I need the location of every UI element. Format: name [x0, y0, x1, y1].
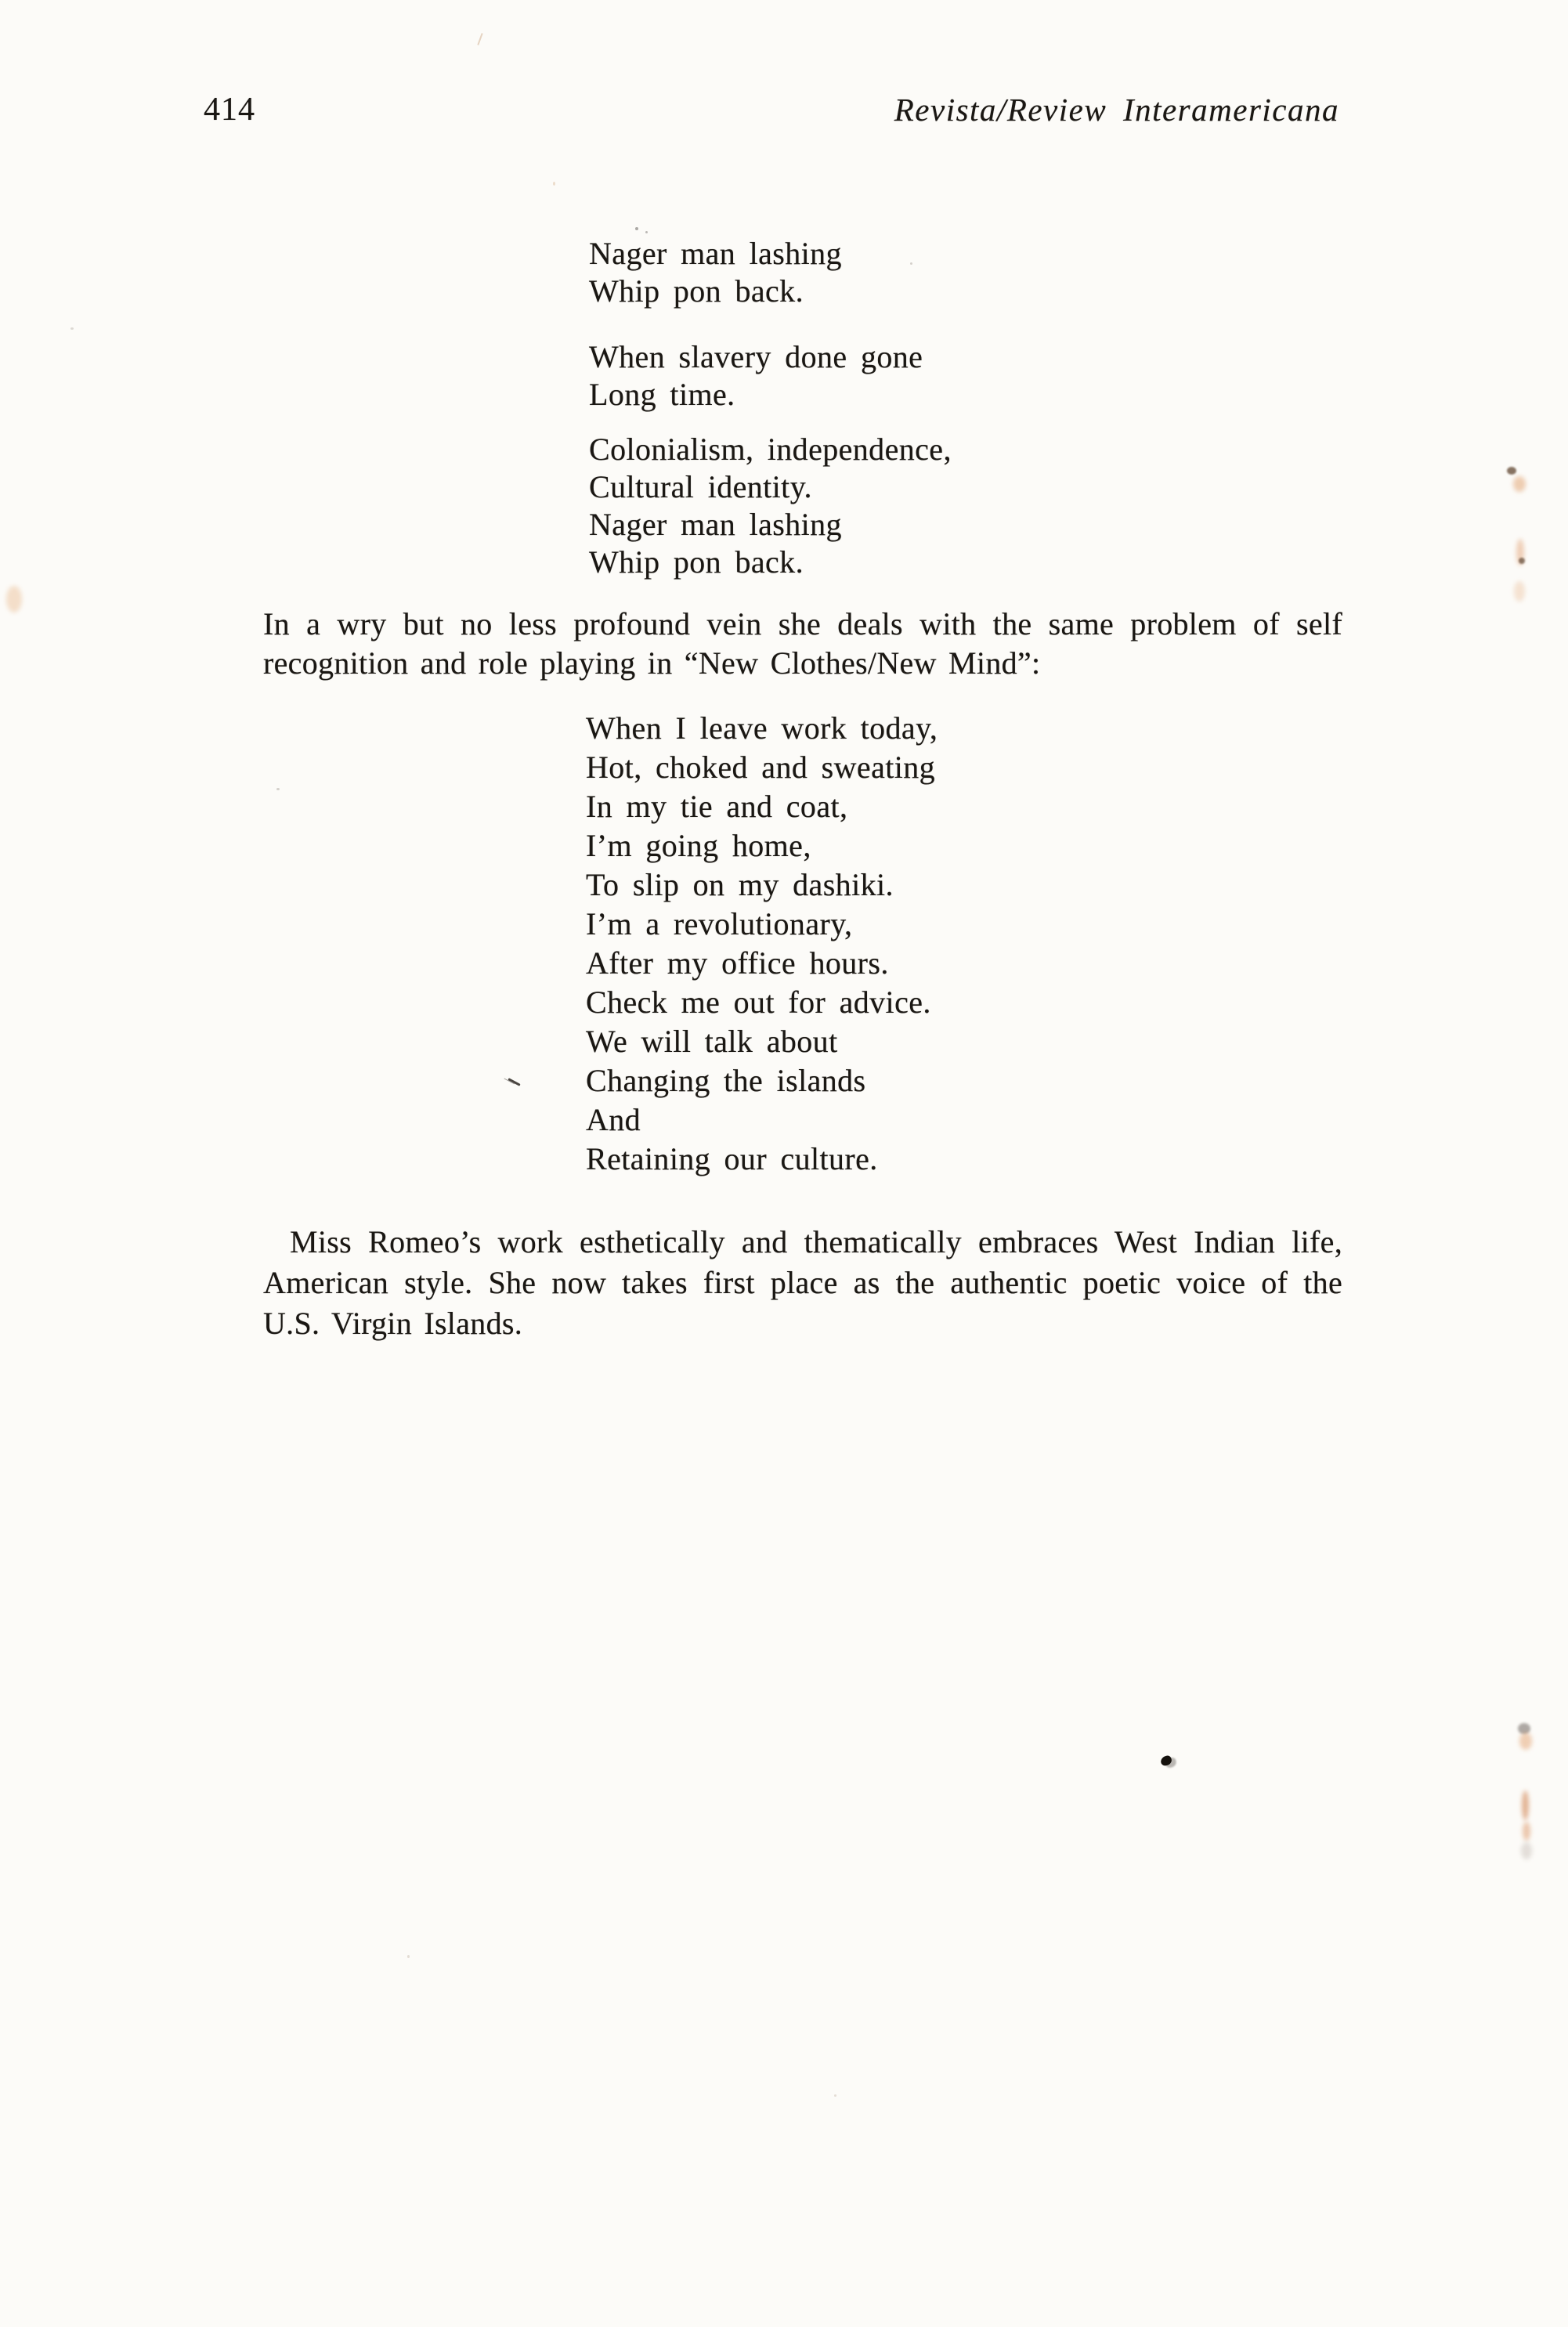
- paper-speck: [910, 262, 912, 265]
- poem-line: Hot, choked and sweating: [586, 748, 938, 787]
- pencil-tick-mark: [508, 1078, 520, 1086]
- poem-line: Whip pon back.: [589, 273, 842, 310]
- poem-line: And: [586, 1100, 938, 1140]
- right-margin-stain: [1514, 581, 1525, 602]
- poem-line: When I leave work today,: [586, 709, 938, 748]
- right-margin-stain-lower: [1518, 1723, 1530, 1734]
- intro-paragraph: In a wry but no less profound vein she d…: [263, 605, 1342, 683]
- poem-line: I’m going home,: [586, 826, 938, 865]
- poem-new-clothes-new-mind: When I leave work today,Hot, choked and …: [586, 709, 938, 1179]
- paper-speck: [276, 788, 280, 790]
- paper-speck: [645, 231, 648, 233]
- poem-line: To slip on my dashiki.: [586, 865, 938, 905]
- right-margin-stain-lower: [1523, 1822, 1530, 1841]
- poem-line: Changing the islands: [586, 1061, 938, 1100]
- poem-line: When slavery done gone: [589, 338, 923, 376]
- poem-line: We will talk about: [586, 1022, 938, 1061]
- closing-paragraph: Miss Romeo’s work esthetically and thema…: [263, 1222, 1342, 1344]
- right-margin-stain: [1516, 539, 1524, 565]
- poem-line: Whip pon back.: [589, 544, 952, 581]
- page-number: 414: [204, 92, 255, 127]
- paper-speck: [834, 2094, 836, 2097]
- right-margin-stain: [1513, 476, 1526, 492]
- right-margin-stain-speck: [1507, 467, 1516, 475]
- poem-stanza-2: When slavery done goneLong time.: [589, 338, 923, 414]
- paper-scratch: [477, 33, 482, 45]
- journal-title: Revista/Review Interamericana: [894, 92, 1339, 127]
- poem-line: Colonialism, independence,: [589, 431, 952, 468]
- poem-line: Nager man lashing: [589, 235, 842, 273]
- poem-line: Cultural identity.: [589, 468, 952, 506]
- poem-line: In my tie and coat,: [586, 787, 938, 826]
- paper-speck: [407, 1955, 410, 1958]
- poem-line: Check me out for advice.: [586, 983, 938, 1022]
- paper-speck: [553, 182, 555, 186]
- poem-stanza-1: Nager man lashingWhip pon back.: [589, 235, 842, 310]
- poem-line: Retaining our culture.: [586, 1140, 938, 1179]
- poem-line: I’m a revolutionary,: [586, 905, 938, 944]
- right-margin-stain-lower: [1519, 1733, 1532, 1750]
- right-margin-stain-lower: [1521, 1842, 1532, 1859]
- right-margin-stain-lower: [1522, 1790, 1529, 1820]
- scanned-journal-page: 414 Revista/Review Interamericana Nager …: [0, 0, 1568, 2327]
- poem-line: Nager man lashing: [589, 506, 952, 544]
- paper-speck: [635, 227, 638, 230]
- paper-speck: [70, 327, 74, 330]
- left-margin-stain: [6, 586, 22, 612]
- poem-stanza-3: Colonialism, independence,Cultural ident…: [589, 431, 952, 581]
- right-margin-stain-speck: [1519, 558, 1525, 564]
- poem-line: Long time.: [589, 376, 923, 414]
- poem-line: After my office hours.: [586, 944, 938, 983]
- ink-speck: [1160, 1754, 1173, 1766]
